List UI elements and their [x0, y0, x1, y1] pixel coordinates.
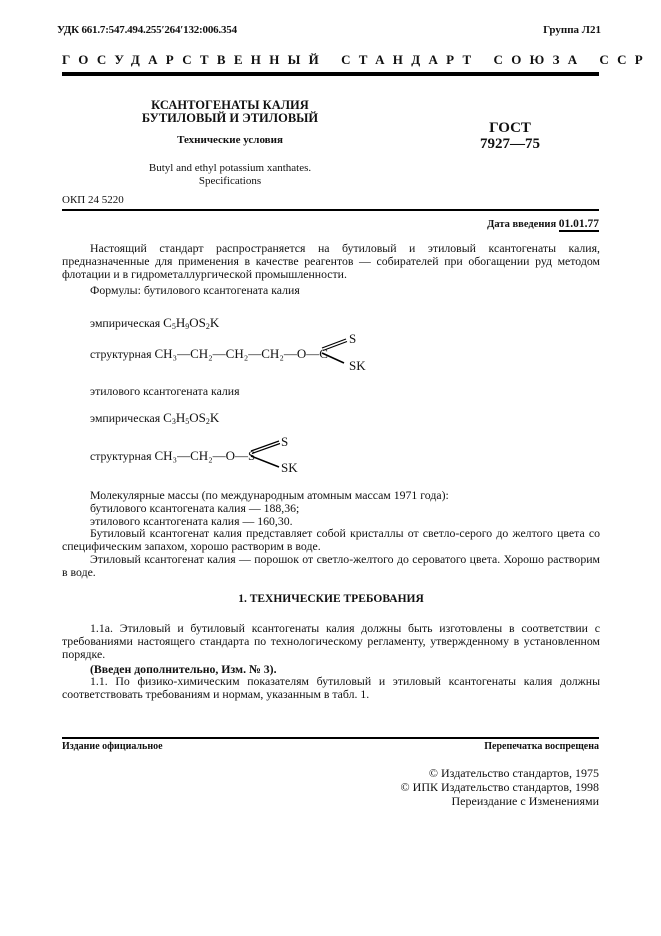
gost-number: 7927—75	[455, 136, 565, 152]
footer-rule	[62, 737, 599, 739]
copyright-1975: © Издательство стандартов, 1975	[429, 766, 599, 781]
document-subtitle: Технические условия	[120, 134, 340, 146]
intro-paragraph: Настоящий стандарт распространяется на б…	[62, 242, 600, 282]
ethyl-single-bond-atom: SK	[281, 460, 298, 476]
reprint-prohibited: Перепечатка воспрещена	[484, 741, 599, 752]
ethyl-heading: этилового ксантогената калия	[90, 384, 240, 399]
butyl-double-bond-atom: S	[349, 331, 356, 347]
title-line-2: БУТИЛОВЫЙ И ЭТИЛОВЫЙ	[120, 112, 340, 125]
effective-date: Дата введения 01.01.77	[487, 218, 599, 230]
clause-1-1-text: 1.1. По физико-химическим показателям бу…	[62, 674, 600, 701]
english-title-line-2: Specifications	[120, 175, 340, 188]
gost-designation: ГОСТ 7927—75	[455, 120, 565, 152]
clause-1-1a: 1.1а. Этиловый и бутиловый ксантогенаты …	[62, 622, 600, 662]
effective-date-label: Дата введения	[487, 219, 556, 230]
banner-word: ГОСУДАРСТВЕННЫЙ	[62, 52, 327, 68]
empirical-label: эмпирическая	[90, 316, 160, 330]
butyl-bonds-icon	[322, 337, 352, 367]
butyl-description-text: Бутиловый ксантогенат калия представляет…	[62, 526, 600, 553]
ethyl-empirical-formula: эмпирическая C3H5OS2K	[90, 410, 219, 426]
butyl-description: Бутиловый ксантогенат калия представляет…	[62, 527, 600, 553]
document-title: КСАНТОГЕНАТЫ КАЛИЯ БУТИЛОВЫЙ И ЭТИЛОВЫЙ	[120, 99, 340, 125]
title-rule	[62, 209, 599, 211]
gost-label: ГОСТ	[455, 120, 565, 136]
group-code: Группа Л21	[543, 24, 601, 36]
ethyl-description: Этиловый ксантогенат калия — порошок от …	[62, 553, 600, 579]
structural-label: структурная	[90, 347, 152, 361]
empirical-label: эмпирическая	[90, 411, 160, 425]
butyl-single-bond-atom: SK	[349, 358, 366, 374]
effective-date-value: 01.01.77	[559, 218, 599, 232]
section-heading: 1. ТЕХНИЧЕСКИЕ ТРЕБОВАНИЯ	[62, 593, 600, 605]
ethyl-empirical-value: C3H5OS2K	[163, 410, 219, 425]
ethyl-bonds-icon	[251, 440, 283, 470]
intro-text: Настоящий стандарт распространяется на б…	[62, 241, 600, 281]
udk-code: УДК 661.7:547.494.255′264′132:006.354	[57, 24, 237, 36]
structural-label: структурная	[90, 449, 152, 463]
reissue-note: Переиздание с Изменениями	[452, 794, 599, 809]
official-edition: Издание официальное	[62, 741, 163, 752]
formulas-label: Формулы: бутилового ксантогената калия	[90, 283, 300, 298]
copyright-1998: © ИПК Издательство стандартов, 1998	[401, 780, 599, 795]
english-title: Butyl and ethyl potassium xanthates. Spe…	[120, 162, 340, 188]
banner-word: ССР	[599, 52, 651, 68]
butyl-empirical-formula: эмпирическая C5H9OS2K	[90, 315, 219, 331]
ethyl-structural-formula: структурная CH₃—CH₂—O—S	[90, 448, 255, 464]
clause-1-1a-text: 1.1а. Этиловый и бутиловый ксантогенаты …	[62, 621, 600, 661]
butyl-structural-formula: структурная CH₃—CH₂—CH₂—CH₂—O—C	[90, 346, 328, 362]
ethyl-double-bond-atom: S	[281, 434, 288, 450]
ethyl-description-text: Этиловый ксантогенат калия — порошок от …	[62, 552, 600, 579]
banner-rule	[62, 72, 599, 76]
clause-1-1: 1.1. По физико-химическим показателям бу…	[62, 675, 600, 701]
okp-code: ОКП 24 5220	[62, 194, 124, 206]
english-title-line-1: Butyl and ethyl potassium xanthates.	[120, 162, 340, 175]
butyl-structural-chain: CH₃—CH₂—CH₂—CH₂—O—C	[154, 346, 327, 361]
state-standard-banner: ГОСУДАРСТВЕННЫЙСТАНДАРТСОЮЗАССР	[62, 52, 651, 68]
banner-word: СОЮЗА	[494, 52, 586, 68]
ethyl-structural-chain: CH₃—CH₂—O—S	[154, 448, 255, 463]
butyl-empirical-value: C5H9OS2K	[163, 315, 219, 330]
banner-word: СТАНДАРТ	[341, 52, 479, 68]
